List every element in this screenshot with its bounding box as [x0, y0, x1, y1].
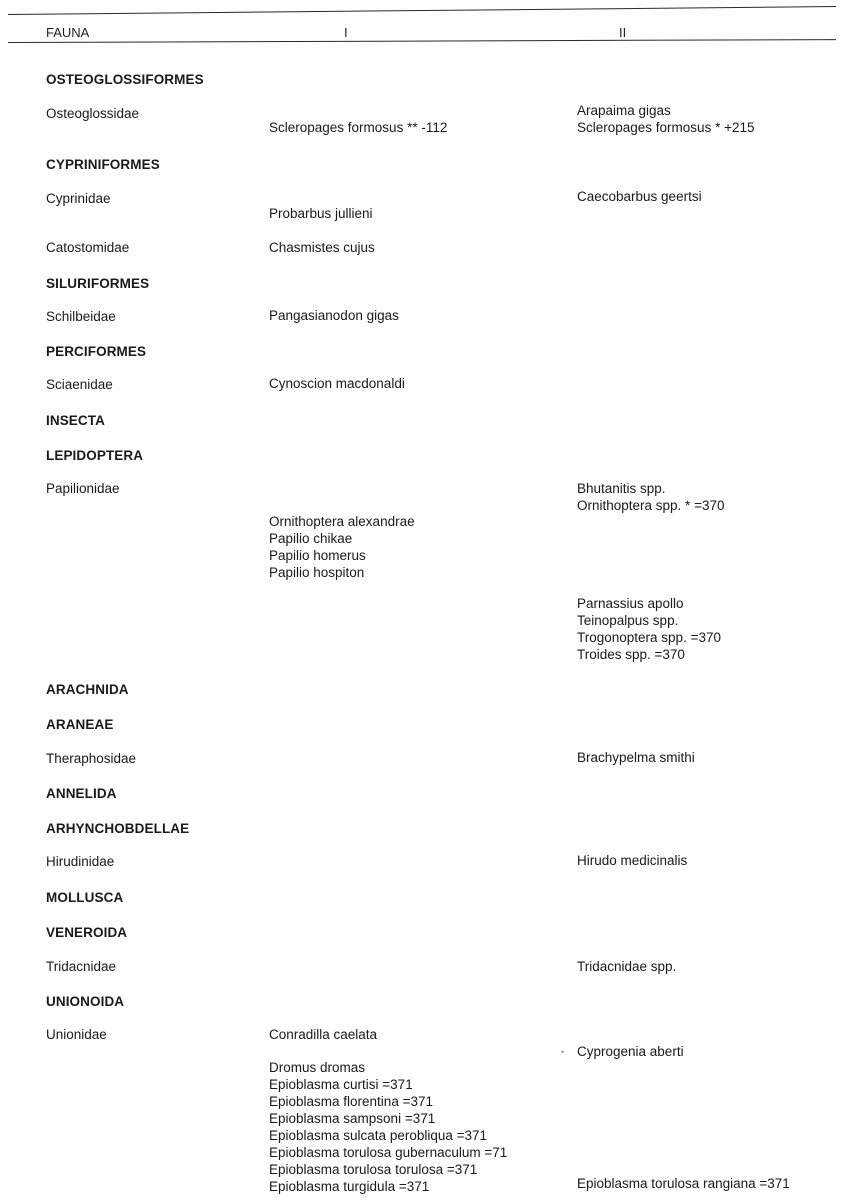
family-name: Tridacnidae — [46, 958, 116, 975]
species-entry: Epioblasma sulcata perobliqua =371 — [269, 1127, 507, 1144]
species-entry: Scleropages formosus * +215 — [577, 119, 754, 136]
document-page: FAUNA I II OSTEOGLOSSIFORMES Osteoglossi… — [0, 0, 845, 1201]
species-entry: Chasmistes cujus — [269, 239, 375, 256]
species-entry: Epioblasma torulosa rangiana =371 — [577, 1175, 790, 1192]
order-heading: ARANEAE — [46, 716, 113, 733]
appendix-i-cell: Chasmistes cujus — [269, 239, 375, 256]
species-entry: Cyprogenia aberti — [577, 1043, 684, 1060]
species-entry: Epioblasma turgidula =371 — [269, 1178, 507, 1195]
table-header-rule — [8, 39, 836, 43]
species-entry: Epioblasma sampsoni =371 — [269, 1110, 507, 1127]
species-entry: Dromus dromas — [269, 1059, 507, 1076]
appendix-i-cell: Cynoscion macdonaldi — [269, 375, 405, 392]
family-name: Cyprinidae — [46, 190, 111, 207]
order-heading: VENEROIDA — [46, 924, 127, 941]
species-entry: Hirudo medicinalis — [577, 852, 687, 869]
species-entry: Epioblasma torulosa gubernaculum =71 — [269, 1144, 507, 1161]
species-entry: Epioblasma torulosa torulosa =371 — [269, 1161, 507, 1178]
species-entry: Tridacnidae spp. — [577, 958, 676, 975]
species-entry: Trogonoptera spp. =370 — [577, 629, 721, 646]
table-top-rule — [8, 6, 836, 15]
species-entry: Caecobarbus geertsi — [577, 188, 702, 205]
appendix-ii-cell: Hirudo medicinalis — [577, 852, 687, 869]
family-name: Unionidae — [46, 1026, 107, 1043]
appendix-ii-cell: Parnassius apollo Teinopalpus spp. Trogo… — [577, 595, 721, 663]
species-entry: Teinopalpus spp. — [577, 612, 721, 629]
species-entry: Bhutanitis spp. — [577, 480, 724, 497]
species-entry: Epioblasma curtisi =371 — [269, 1076, 507, 1093]
order-heading: CYPRINIFORMES — [46, 156, 160, 173]
species-entry: Papilio hospiton — [269, 564, 415, 581]
appendix-i-cell: Scleropages formosus ** -112 — [269, 119, 447, 136]
appendix-ii-cell: Cyprogenia aberti — [577, 1043, 684, 1060]
order-heading: LEPIDOPTERA — [46, 447, 143, 464]
order-heading: ARACHNIDA — [46, 681, 129, 698]
family-name: Hirudinidae — [46, 853, 114, 870]
species-entry: Probarbus jullieni — [269, 205, 373, 222]
appendix-i-cell: Dromus dromas Epioblasma curtisi =371 Ep… — [269, 1059, 507, 1195]
appendix-i-cell: Probarbus jullieni — [269, 205, 373, 222]
order-heading: MOLLUSCA — [46, 889, 123, 906]
species-entry: Brachypelma smithi — [577, 749, 695, 766]
appendix-ii-cell: Arapaima gigas Scleropages formosus * +2… — [577, 102, 754, 136]
column-header-fauna: FAUNA — [46, 24, 89, 41]
family-name: Theraphosidae — [46, 750, 136, 767]
species-entry: Ornithoptera spp. * =370 — [577, 497, 724, 514]
order-heading: OSTEOGLOSSIFORMES — [46, 71, 204, 88]
species-entry: Scleropages formosus ** -112 — [269, 119, 447, 136]
appendix-ii-cell: Tridacnidae spp. — [577, 958, 676, 975]
order-heading: UNIONOIDA — [46, 993, 124, 1010]
order-heading: ANNELIDA — [46, 785, 117, 802]
order-heading: PERCIFORMES — [46, 343, 146, 360]
appendix-i-cell: Pangasianodon gigas — [269, 307, 399, 324]
appendix-i-cell: Conradilla caelata — [269, 1026, 377, 1043]
appendix-i-cell: Ornithoptera alexandrae Papilio chikae P… — [269, 513, 415, 581]
species-entry: Arapaima gigas — [577, 102, 754, 119]
species-entry: Cynoscion macdonaldi — [269, 375, 405, 392]
species-entry: Papilio homerus — [269, 547, 415, 564]
scan-speck: • — [561, 1044, 564, 1061]
appendix-ii-cell: Caecobarbus geertsi — [577, 188, 702, 205]
order-heading: ARHYNCHOBDELLAE — [46, 820, 189, 837]
species-entry: Parnassius apollo — [577, 595, 721, 612]
family-name: Osteoglossidae — [46, 105, 139, 122]
order-heading: INSECTA — [46, 412, 105, 429]
appendix-ii-cell: Epioblasma torulosa rangiana =371 — [577, 1175, 790, 1192]
column-header-appendix-ii: II — [619, 24, 626, 41]
species-entry: Ornithoptera alexandrae — [269, 513, 415, 530]
column-header-appendix-i: I — [344, 24, 348, 41]
appendix-ii-cell: Brachypelma smithi — [577, 749, 695, 766]
order-heading: SILURIFORMES — [46, 275, 149, 292]
family-name: Sciaenidae — [46, 376, 113, 393]
family-name: Schilbeidae — [46, 308, 116, 325]
species-entry: Epioblasma florentina =371 — [269, 1093, 507, 1110]
species-entry: Conradilla caelata — [269, 1026, 377, 1043]
appendix-ii-cell: Bhutanitis spp. Ornithoptera spp. * =370 — [577, 480, 724, 514]
species-entry: Papilio chikae — [269, 530, 415, 547]
family-name: Catostomidae — [46, 239, 129, 256]
species-entry: Pangasianodon gigas — [269, 307, 399, 324]
family-name: Papilionidae — [46, 480, 120, 497]
species-entry: Troides spp. =370 — [577, 646, 721, 663]
